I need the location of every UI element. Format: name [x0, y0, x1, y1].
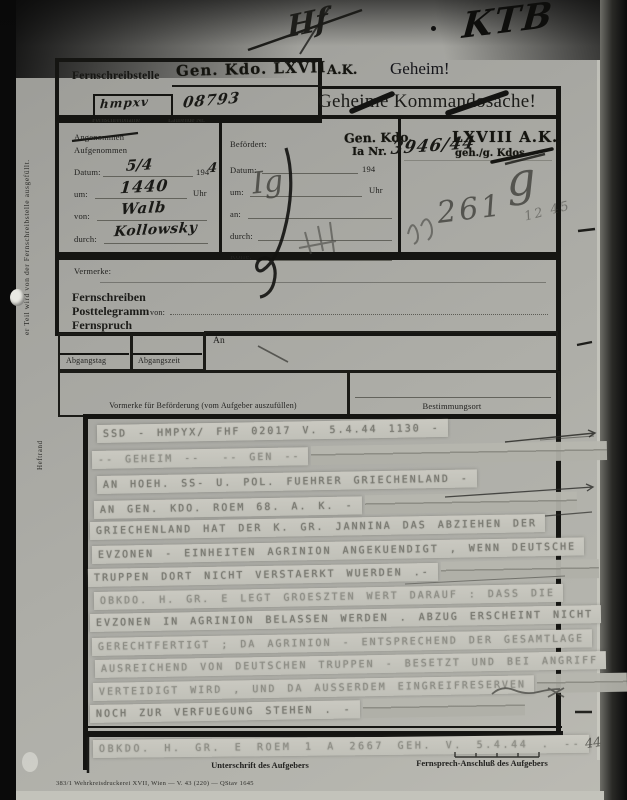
forwarded-label: Befördert: [230, 139, 267, 149]
vermerke-label: Vermerke: [74, 266, 111, 276]
paper-edge-bottom [16, 791, 604, 800]
an-box [204, 331, 558, 372]
received-by-label: durch: [74, 234, 97, 244]
ink-dot [431, 26, 436, 31]
cell-divider [133, 353, 202, 355]
form-rule [355, 397, 551, 398]
received-label: Aufgenommen [74, 145, 127, 155]
tape-continuation [362, 696, 524, 718]
message-bottom-thin [88, 726, 562, 728]
forwarded-year-printed: 194 [362, 164, 375, 174]
forwarded-pencil-note: Ig [250, 163, 285, 201]
scanned-telegram-form: er Teil wird von der Fernschreibstelle a… [0, 0, 627, 800]
type-fernschreiben: Fernschreiben [72, 290, 146, 305]
telegraph-name-hand: hmpxv [99, 95, 149, 112]
received-from-label: von: [74, 211, 90, 221]
cell-divider [60, 353, 129, 355]
tape-continuation [537, 673, 627, 694]
forwarded-uhr: Uhr [369, 185, 383, 195]
form-rule [248, 218, 392, 219]
geheim-label: Geheim! [390, 59, 449, 79]
stamp-underline [172, 85, 322, 87]
vormerke-cell [58, 371, 349, 417]
received-from-hand: Walb [120, 198, 167, 218]
abgangstag-label: Abgangstag [66, 356, 106, 365]
margin-note-heftrand: Heftrand [36, 418, 44, 470]
forwarded-to-label: an: [230, 209, 241, 219]
received-time-hand: 1440 [119, 176, 169, 198]
abgangstag-cell [58, 333, 132, 371]
unit-stamp-lxviii: LXVIII A.K. [452, 128, 558, 146]
pencil-letter-g: g [504, 151, 538, 207]
form-rule [100, 282, 546, 283]
print-code: 383/1 Wehrkreisdruckerei XVII, Wien — V.… [56, 780, 254, 787]
received-year-hand: 4 [207, 161, 217, 177]
message-left-border [83, 414, 88, 770]
column-divider-1 [219, 119, 222, 252]
gkdos-top-rule [322, 86, 561, 89]
received-time-label: um: [74, 189, 88, 199]
pencil-44-note: 44 [584, 735, 602, 752]
form-rule [104, 243, 208, 244]
type-fernspruch: Fernspruch [72, 318, 132, 333]
phone-caption: Fernsprech-Anschluß des Aufgebers [392, 758, 572, 768]
forwarded-by-label: durch: [230, 231, 253, 241]
margin-note-left: er Teil wird von der Fernschreibstelle a… [22, 85, 31, 335]
tape-continuation [441, 559, 599, 581]
tape-continuation [364, 492, 576, 515]
form-rule [170, 314, 548, 315]
office-label: Fernschreibstelle [72, 70, 160, 82]
scan-light-blob [22, 752, 38, 772]
type-posttelegramm: Posttelegramm [72, 304, 149, 319]
gkdos-label: Geheime Kommandosache! [318, 91, 536, 113]
type-von-label: von: [150, 308, 165, 317]
received-date-hand: 5/4 [125, 155, 153, 174]
signature-caption: Unterschrift des Aufgebers [150, 760, 370, 770]
received-uhr: Uhr [193, 188, 207, 198]
received-date-label: Datum: [74, 167, 101, 177]
an-label: An [213, 336, 225, 346]
abgangszeit-cell [131, 333, 205, 371]
bestimmungsort-caption: Bestimmungsort [350, 401, 554, 411]
forwarded-time-label: um: [230, 187, 244, 197]
ia-stamp-line2: Ia Nr. [352, 145, 387, 158]
vormerke-caption: Vormerke für Beförderung (vom Aufgeber a… [62, 401, 344, 410]
form-rule [258, 240, 392, 241]
abgangszeit-label: Abgangszeit [138, 356, 180, 365]
message-top-border [83, 414, 561, 419]
unit-stamp-suffix: A.K. [327, 63, 357, 78]
received-label-struck: Angenommen [74, 132, 124, 142]
